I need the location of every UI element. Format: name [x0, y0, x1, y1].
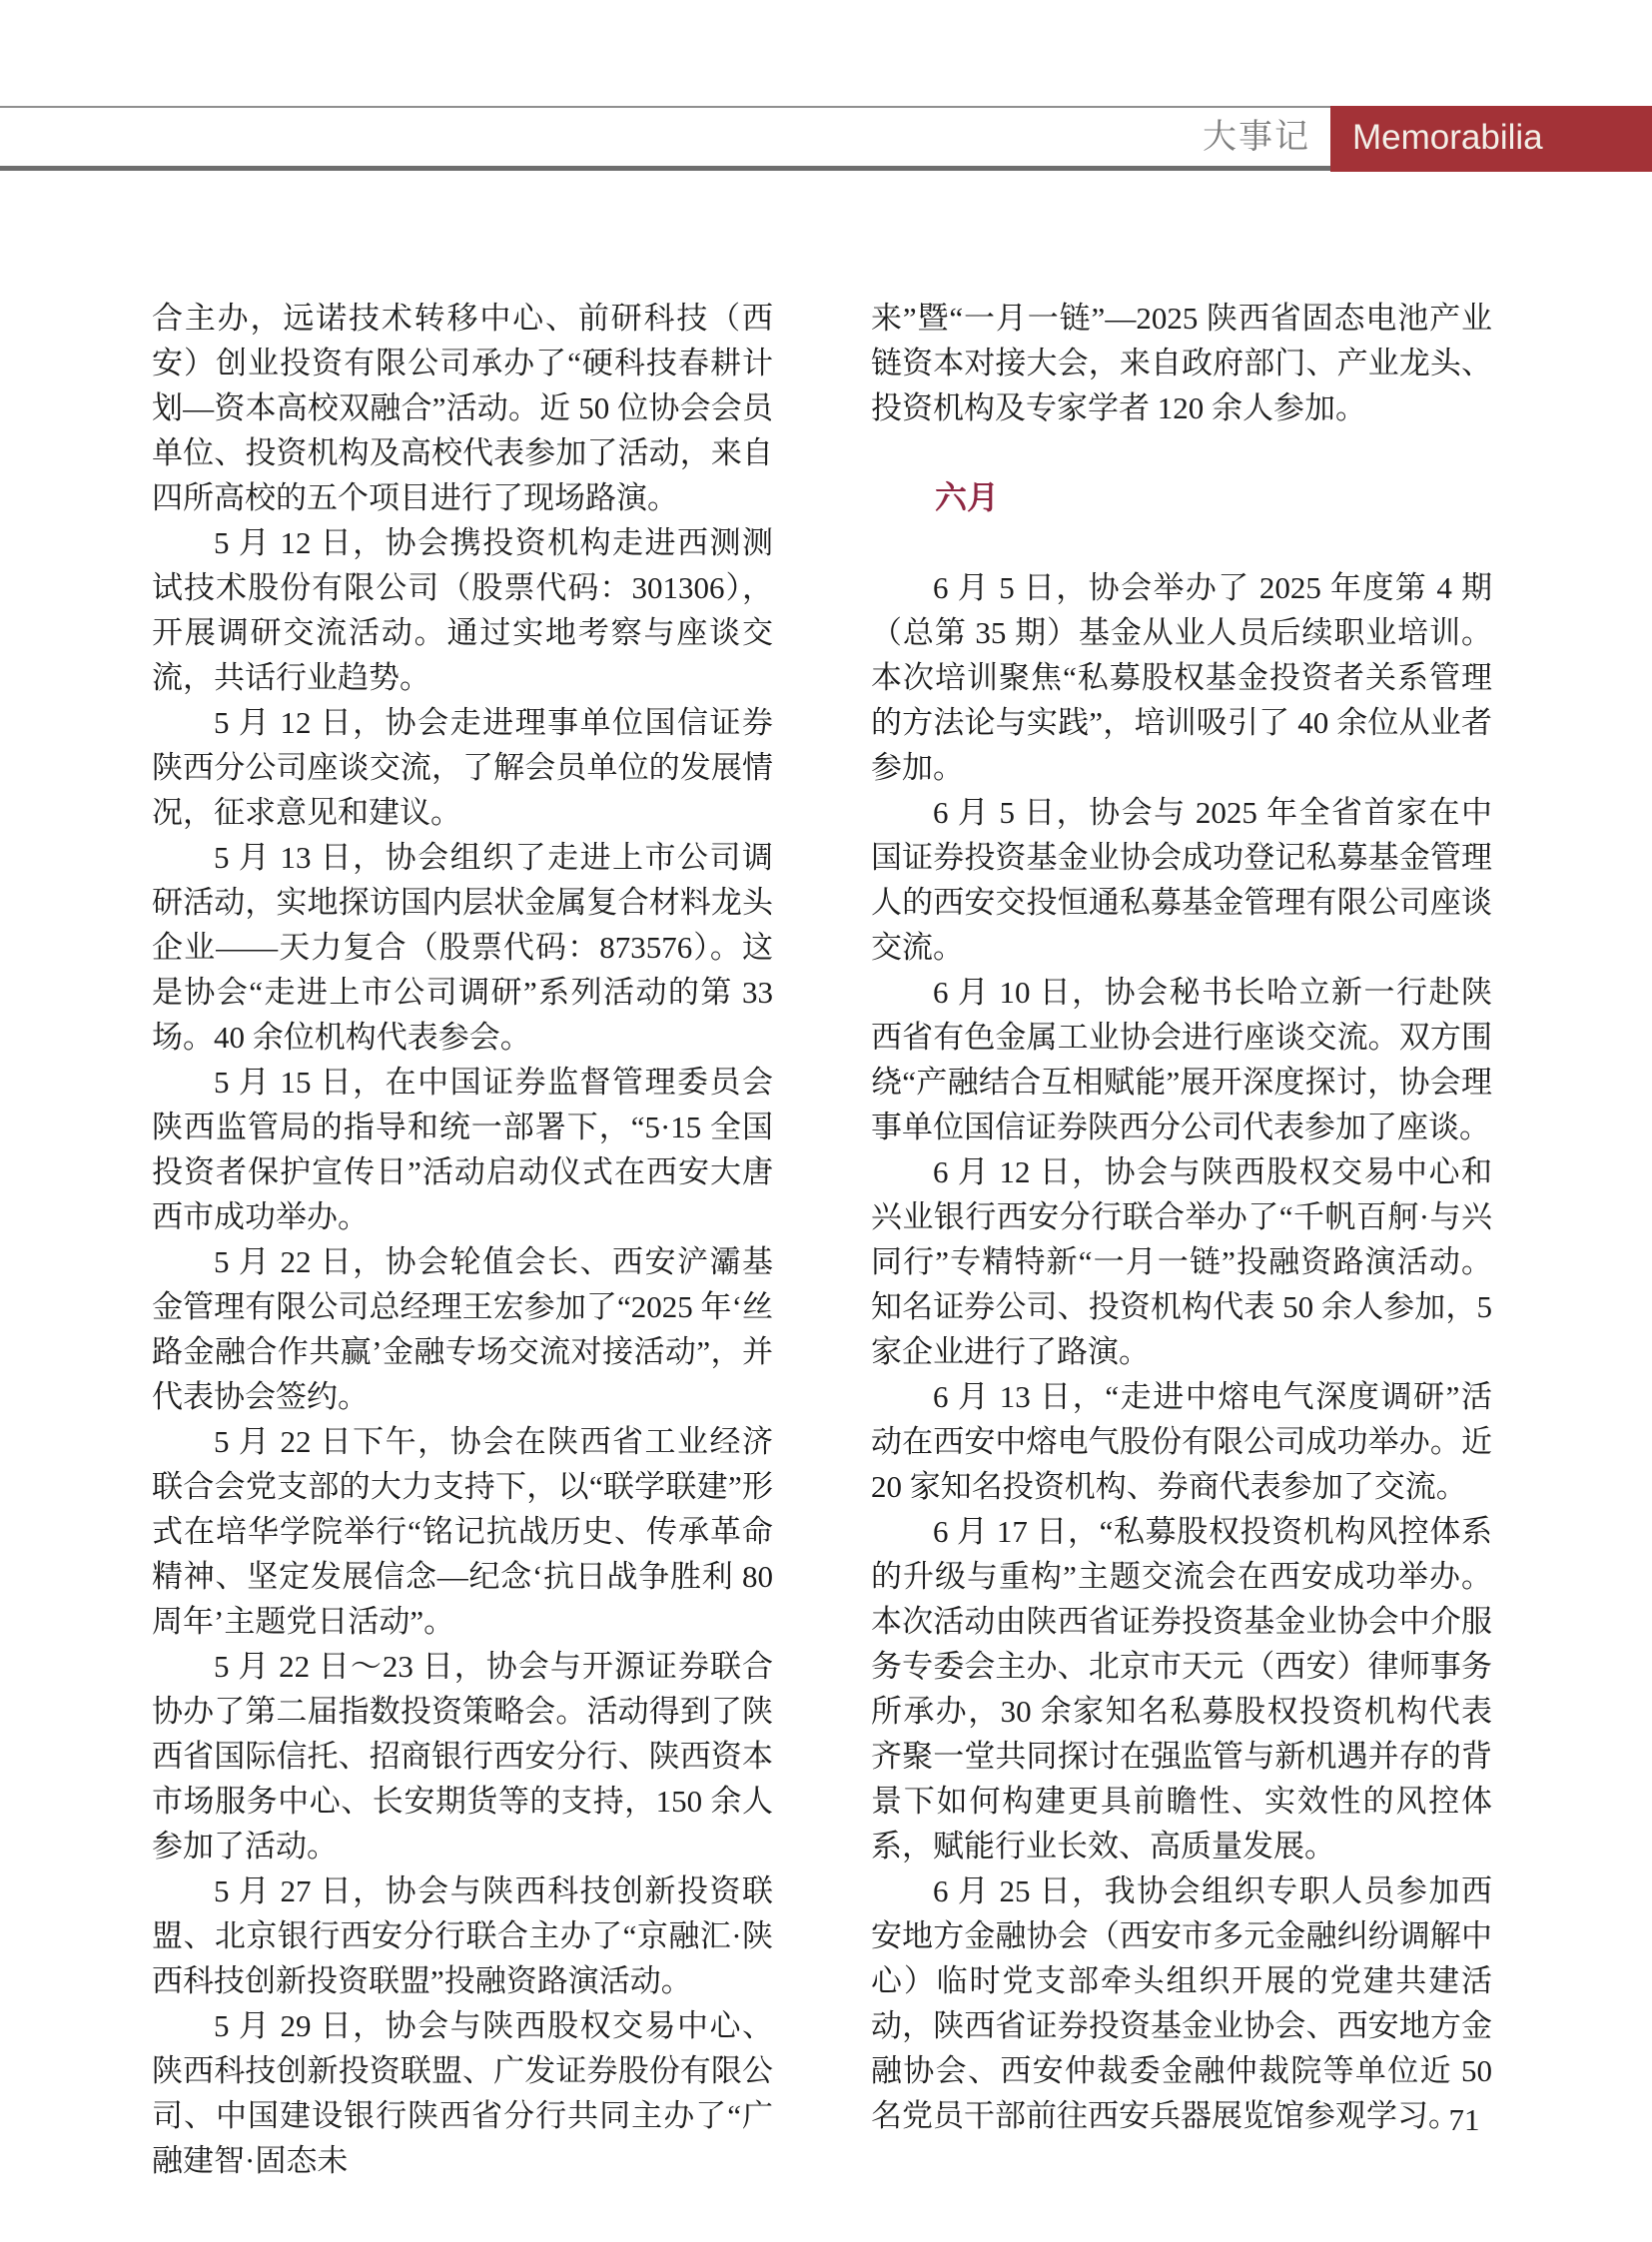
paragraph: 6 月 5 日，协会举办了 2025 年度第 4 期（总第 35 期）基金从业人… — [871, 565, 1492, 790]
left-column: 合主办，远诺技术转移中心、前研科技（西安）创业投资有限公司承办了“硬科技春耕计划… — [152, 296, 773, 2183]
header-title-cn: 大事记 — [0, 120, 1310, 154]
paragraph: 5 月 12 日，协会走进理事单位国信证券陕西分公司座谈交流，了解会员单位的发展… — [152, 700, 773, 835]
paragraph: 6 月 12 日，协会与陕西股权交易中心和兴业银行西安分行联合举办了“千帆百舸·… — [871, 1149, 1492, 1374]
paragraph: 合主办，远诺技术转移中心、前研科技（西安）创业投资有限公司承办了“硬科技春耕计划… — [152, 296, 773, 520]
paragraph: 5 月 12 日，协会携投资机构走进西测测试技术股份有限公司（股票代码：3013… — [152, 520, 773, 700]
paragraph: 6 月 13 日，“走进中熔电气深度调研”活动在西安中熔电气股份有限公司成功举办… — [871, 1374, 1492, 1509]
paragraph: 5 月 29 日，协会与陕西股权交易中心、陕西科技创新投资联盟、广发证券股份有限… — [152, 2003, 773, 2183]
paragraph: 6 月 5 日，协会与 2025 年全省首家在中国证券投资基金业协会成功登记私募… — [871, 790, 1492, 970]
page-number: 71 — [1414, 2102, 1514, 2138]
header-rule-thick — [0, 166, 1330, 171]
header-rule-thin — [0, 106, 1330, 108]
paragraph: 5 月 22 日下午，协会在陕西省工业经济联合会党支部的大力支持下，以“联学联建… — [152, 1419, 773, 1644]
paragraph: 6 月 10 日，协会秘书长哈立新一行赴陕西省有色金属工业协会进行座谈交流。双方… — [871, 970, 1492, 1149]
paragraph: 5 月 22 日～23 日，协会与开源证券联合协办了第二届指数投资策略会。活动得… — [152, 1644, 773, 1868]
paragraph: 5 月 15 日，在中国证券监督管理委员会陕西监管局的指导和统一部署下，“5·1… — [152, 1060, 773, 1239]
paragraph: 6 月 17 日，“私募股权投资机构风控体系的升级与重构”主题交流会在西安成功举… — [871, 1509, 1492, 1868]
paragraph: 来”暨“一月一链”—2025 陕西省固态电池产业链资本对接大会，来自政府部门、产… — [871, 296, 1492, 430]
header-title-en: Memorabilia — [1352, 118, 1543, 157]
section-heading-june: 六月 — [871, 475, 1492, 520]
header-title-box: Memorabilia — [1330, 106, 1652, 172]
paragraph: 5 月 13 日，协会组织了走进上市公司调研活动，实地探访国内层状金属复合材料龙… — [152, 835, 773, 1060]
paragraph: 5 月 22 日，协会轮值会长、西安浐灞基金管理有限公司总经理王宏参加了“202… — [152, 1239, 773, 1419]
paragraph: 5 月 27 日，协会与陕西科技创新投资联盟、北京银行西安分行联合主办了“京融汇… — [152, 1868, 773, 2003]
paragraph: 6 月 25 日，我协会组织专职人员参加西安地方金融协会（西安市多元金融纠纷调解… — [871, 1868, 1492, 2138]
right-column: 来”暨“一月一链”—2025 陕西省固态电池产业链资本对接大会，来自政府部门、产… — [871, 296, 1492, 2138]
page: 大事记 Memorabilia 合主办，远诺技术转移中心、前研科技（西安）创业投… — [0, 0, 1652, 2242]
